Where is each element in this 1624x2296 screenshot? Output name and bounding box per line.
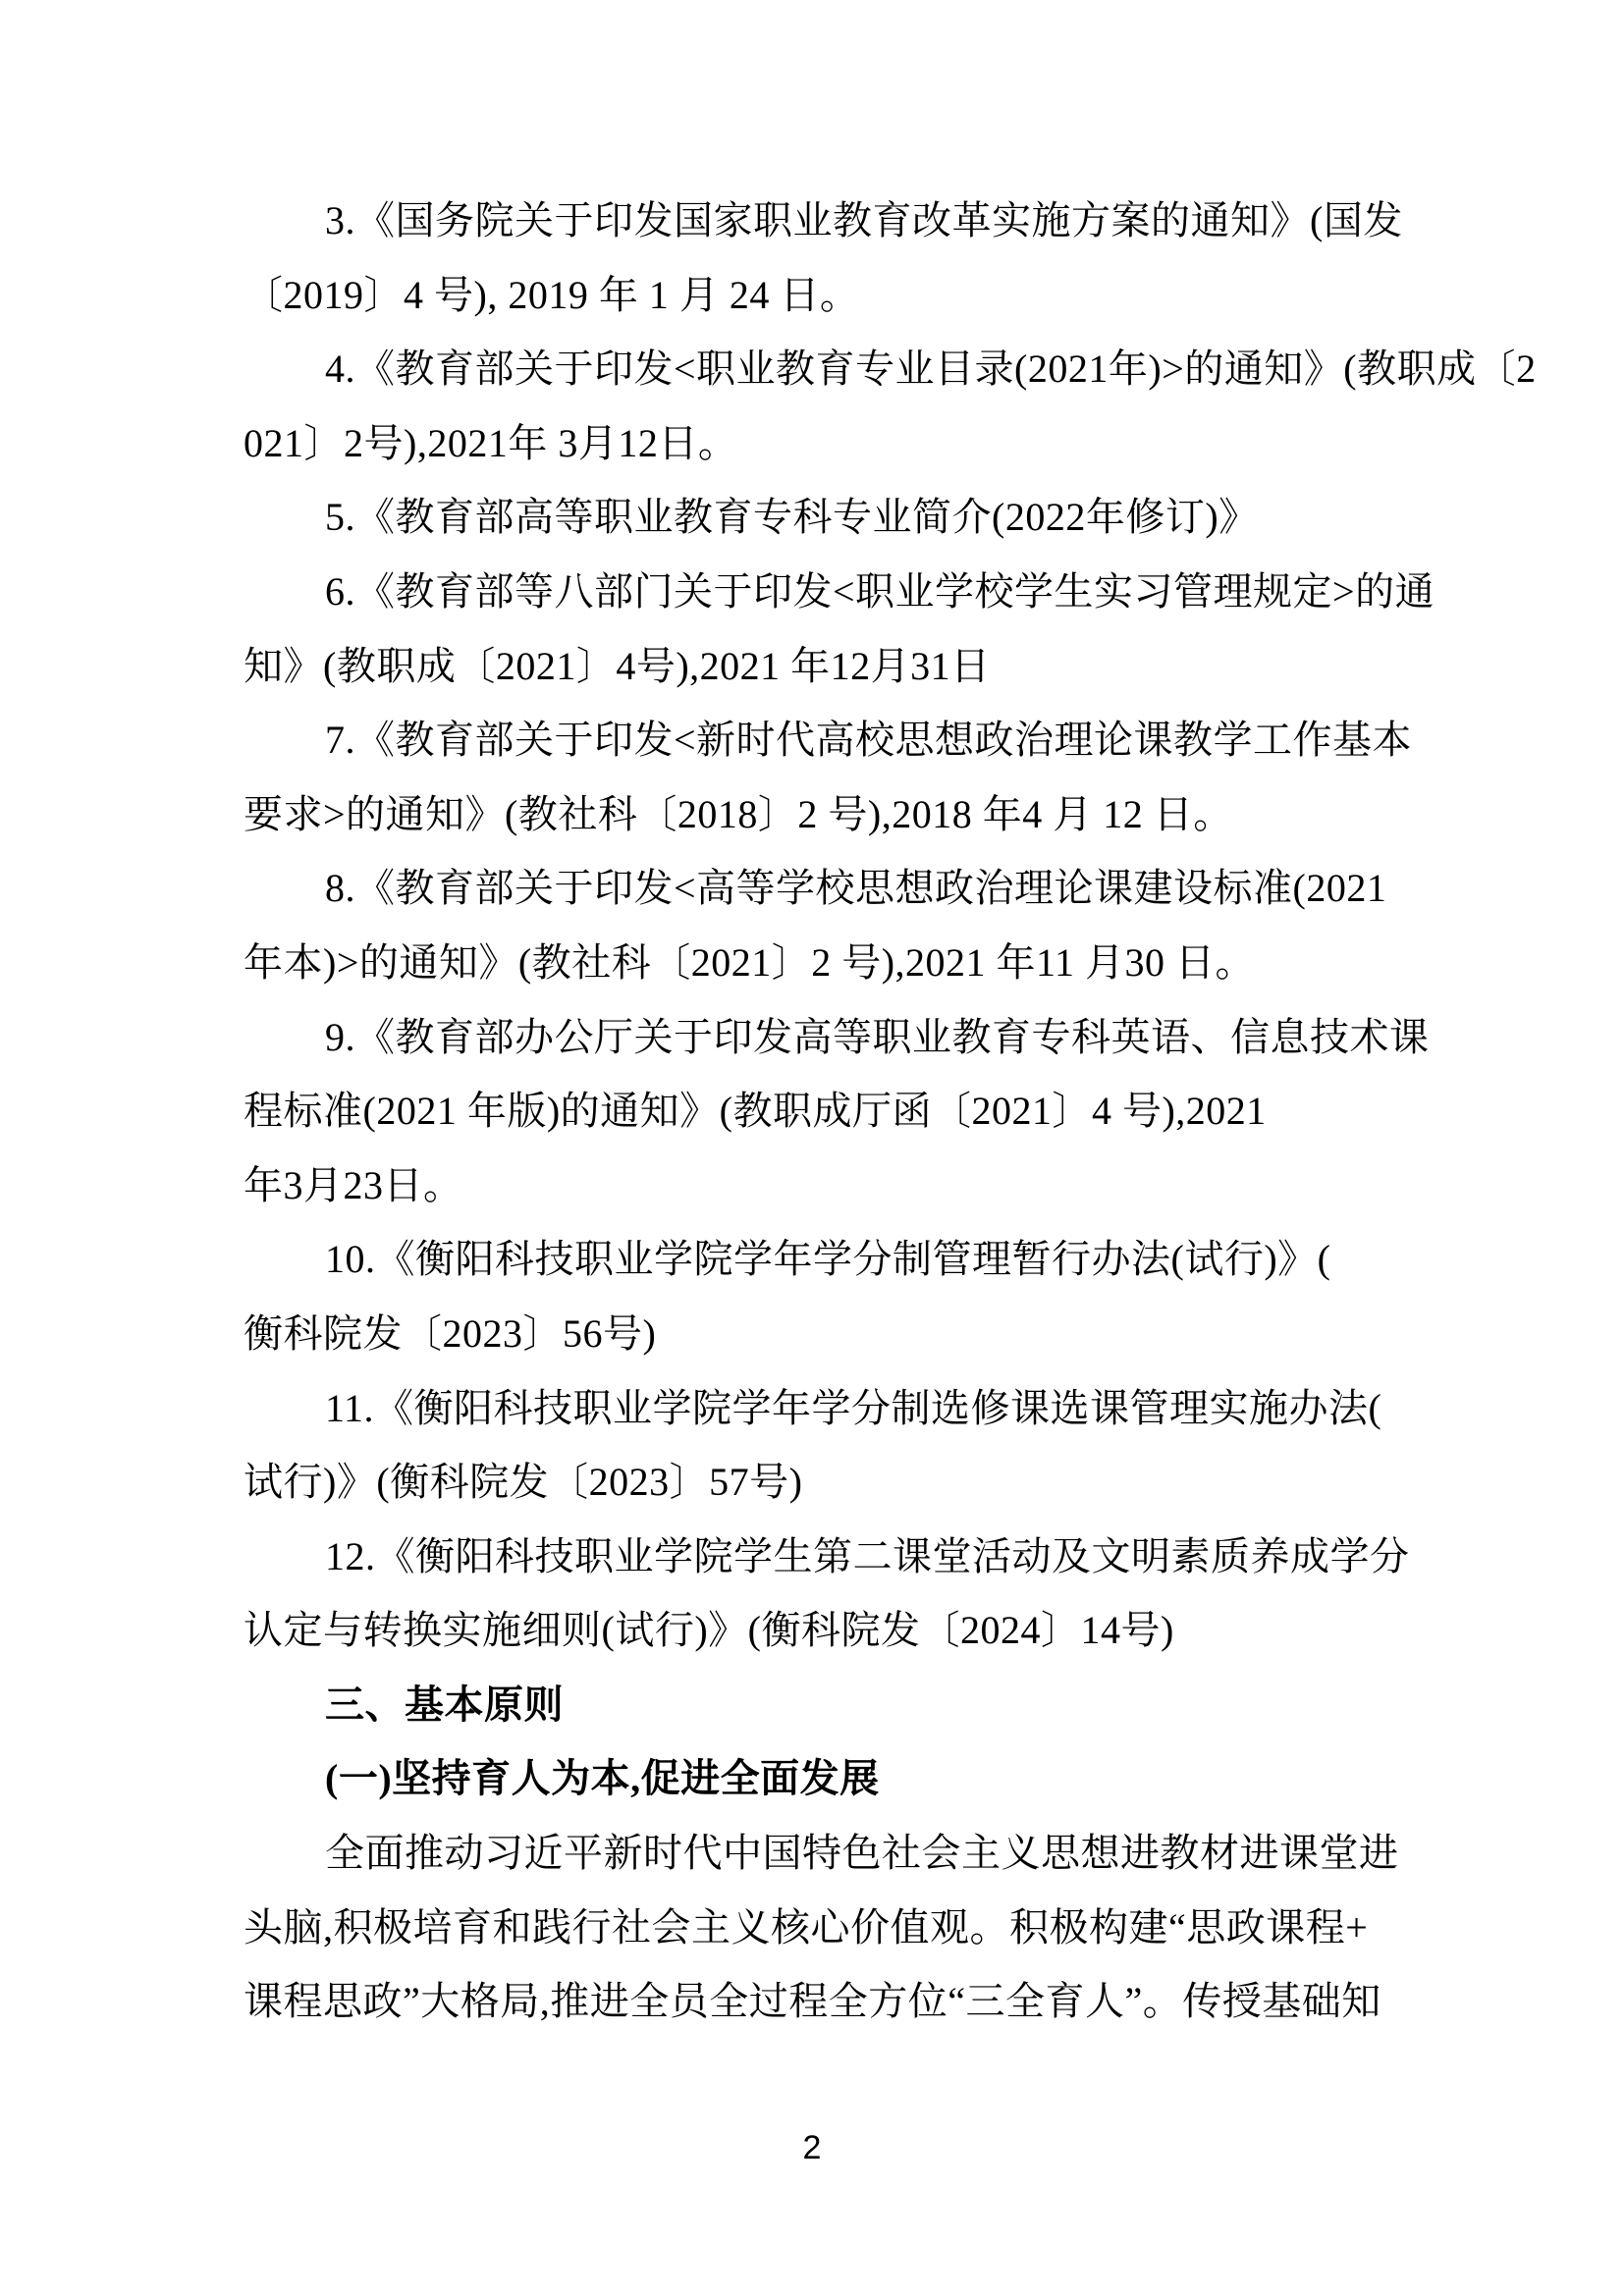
doc-line-item9-2: 程标准(2021 年版)的通知》(教职成厅函〔2021〕4 号),2021: [244, 1074, 1387, 1148]
doc-line-item10-2: 衡科院发〔2023〕56号): [244, 1297, 1387, 1371]
subsection-heading: (一)坚持育人为本,促进全面发展: [244, 1741, 1387, 1816]
doc-line-item12-2: 认定与转换实施细则(试行)》(衡科院发〔2024〕14号): [244, 1593, 1387, 1668]
doc-line-item12-1: 12.《衡阳科技职业学院学生第二课堂活动及文明素质养成学分: [244, 1520, 1387, 1594]
doc-line-item6-2: 知》(教职成〔2021〕4号),2021 年12月31日: [244, 629, 1387, 704]
doc-line-item3-2: 〔2019〕4 号), 2019 年 1 月 24 日。: [244, 258, 1387, 333]
page-number: 2: [0, 2128, 1624, 2167]
doc-line-item9-1: 9.《教育部办公厅关于印发高等职业教育专科英语、信息技术课: [244, 1000, 1387, 1075]
document-text-block: 3.《国务院关于印发国家职业教育改革实施方案的通知》(国发 〔2019〕4 号)…: [244, 184, 1387, 2039]
doc-line-item3-1: 3.《国务院关于印发国家职业教育改革实施方案的通知》(国发: [244, 184, 1387, 258]
doc-line-paragraph-3: 课程思政”大格局,推进全员全过程全方位“三全育人”。传授基础知: [244, 1964, 1387, 2039]
doc-line-item9-3: 年3月23日。: [244, 1148, 1387, 1223]
doc-line-paragraph-2: 头脑,积极培育和践行社会主义核心价值观。积极构建“思政课程+: [244, 1891, 1387, 1965]
doc-line-item4-1: 4.《教育部关于印发<职业教育专业目录(2021年)>的通知》(教职成〔2: [244, 332, 1387, 406]
doc-line-paragraph-1: 全面推动习近平新时代中国特色社会主义思想进教材进课堂进: [244, 1816, 1387, 1891]
doc-line-item8-1: 8.《教育部关于印发<高等学校思想政治理论课建设标准(2021: [244, 851, 1387, 926]
doc-line-item11-1: 11.《衡阳科技职业学院学年学分制选修课选课管理实施办法(: [244, 1371, 1387, 1446]
doc-line-item5: 5.《教育部高等职业教育专科专业简介(2022年修订)》: [244, 480, 1387, 555]
doc-line-item11-2: 试行)》(衡科院发〔2023〕57号): [244, 1445, 1387, 1520]
doc-line-item6-1: 6.《教育部等八部门关于印发<职业学校学生实习管理规定>的通: [244, 555, 1387, 629]
doc-line-item8-2: 年本)>的通知》(教社科〔2021〕2 号),2021 年11 月30 日。: [244, 926, 1387, 1000]
section-heading: 三、基本原则: [244, 1668, 1387, 1742]
doc-line-item10-1: 10.《衡阳科技职业学院学年学分制管理暂行办法(试行)》(: [244, 1222, 1387, 1297]
doc-line-item7-2: 要求>的通知》(教社科〔2018〕2 号),2018 年4 月 12 日。: [244, 777, 1387, 852]
doc-line-item7-1: 7.《教育部关于印发<新时代高校思想政治理论课教学工作基本: [244, 703, 1387, 777]
document-page: 3.《国务院关于印发国家职业教育改革实施方案的通知》(国发 〔2019〕4 号)…: [0, 0, 1624, 2296]
doc-line-item4-2: 021〕2号),2021年 3月12日。: [244, 406, 1387, 481]
